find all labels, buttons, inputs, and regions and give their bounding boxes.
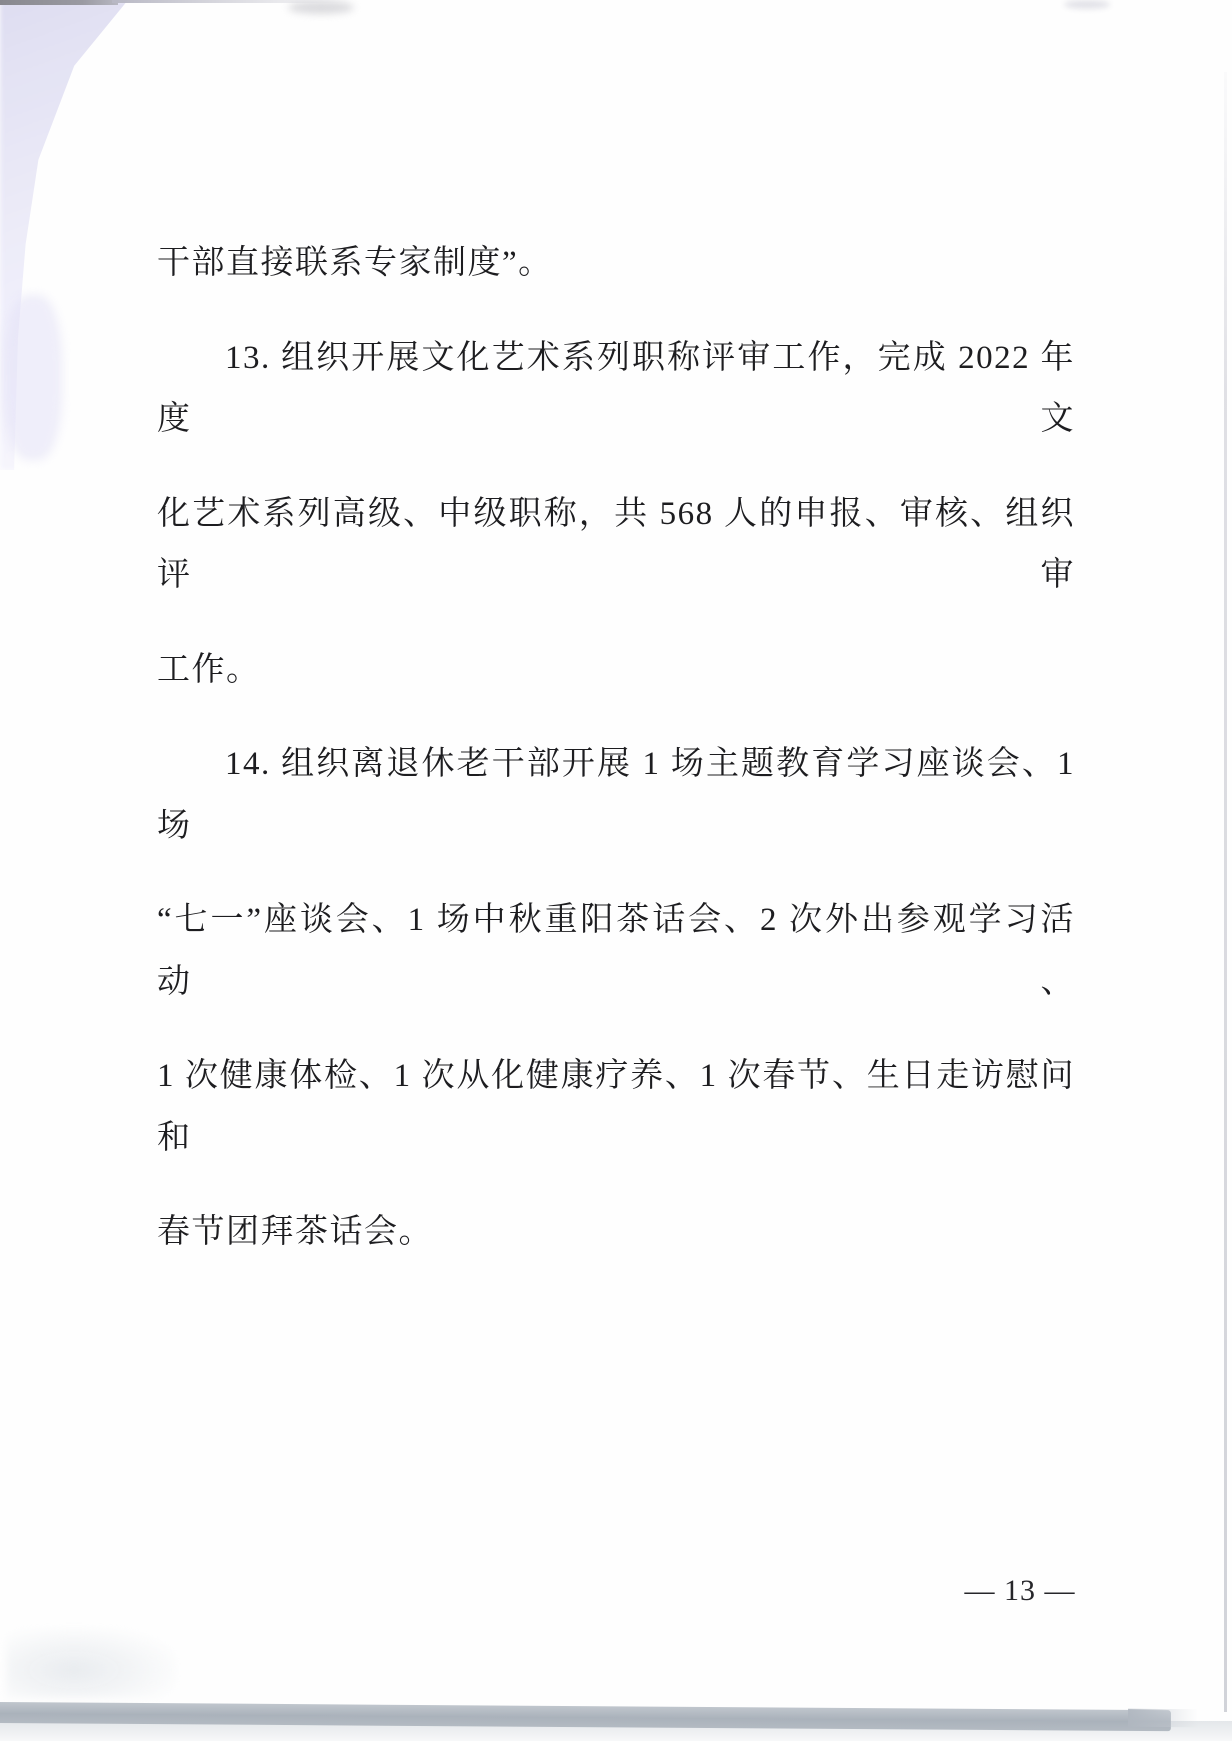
scan-mark-top-edge-faint (112, 0, 350, 3)
scan-bar-bottom-page-edge (0, 1702, 1171, 1731)
text-line-7: 1 次健康体检、1 次从化健康疗养、1 次春节、生日走访慰问和 (157, 1046, 1075, 1169)
text-line-2: 13. 组织开展文化艺术系列职称评审工作，完成 2022 年度文 (157, 328, 1075, 451)
page-number: — 13 — (940, 1574, 1100, 1608)
scan-wisp-bottom-left (6, 1628, 176, 1698)
scan-line-right-edge (1224, 72, 1227, 1712)
text-line-3: 化艺术系列高级、中级职称，共 568 人的申报、审核、组织评审 (157, 484, 1075, 607)
text-line-8: 春节团拜茶话会。 (157, 1202, 1075, 1264)
scan-tint-top-left (0, 0, 128, 470)
text-line-4: 工作。 (157, 640, 1075, 702)
text-line-5: 14. 组织离退休老干部开展 1 场主题教育学习座谈会、1 场 (157, 734, 1075, 857)
text-line-1: 干部直接联系专家制度”。 (157, 233, 1075, 295)
scan-smudge-top-center (288, 1, 354, 14)
scan-mark-top-edge (0, 0, 118, 5)
scan-smudge-top-right (1064, 0, 1110, 9)
scan-bar-bottom-tail (1128, 1709, 1198, 1728)
scan-shadow-bottom-underlay (0, 1721, 1232, 1741)
scan-tint-left-edge (4, 295, 62, 460)
text-line-6: “七一”座谈会、1 场中秋重阳茶话会、2 次外出参观学习活动、 (157, 890, 1075, 1013)
text-block: 干部直接联系专家制度”。 13. 组织开展文化艺术系列职称评审工作，完成 202… (157, 200, 1075, 1297)
